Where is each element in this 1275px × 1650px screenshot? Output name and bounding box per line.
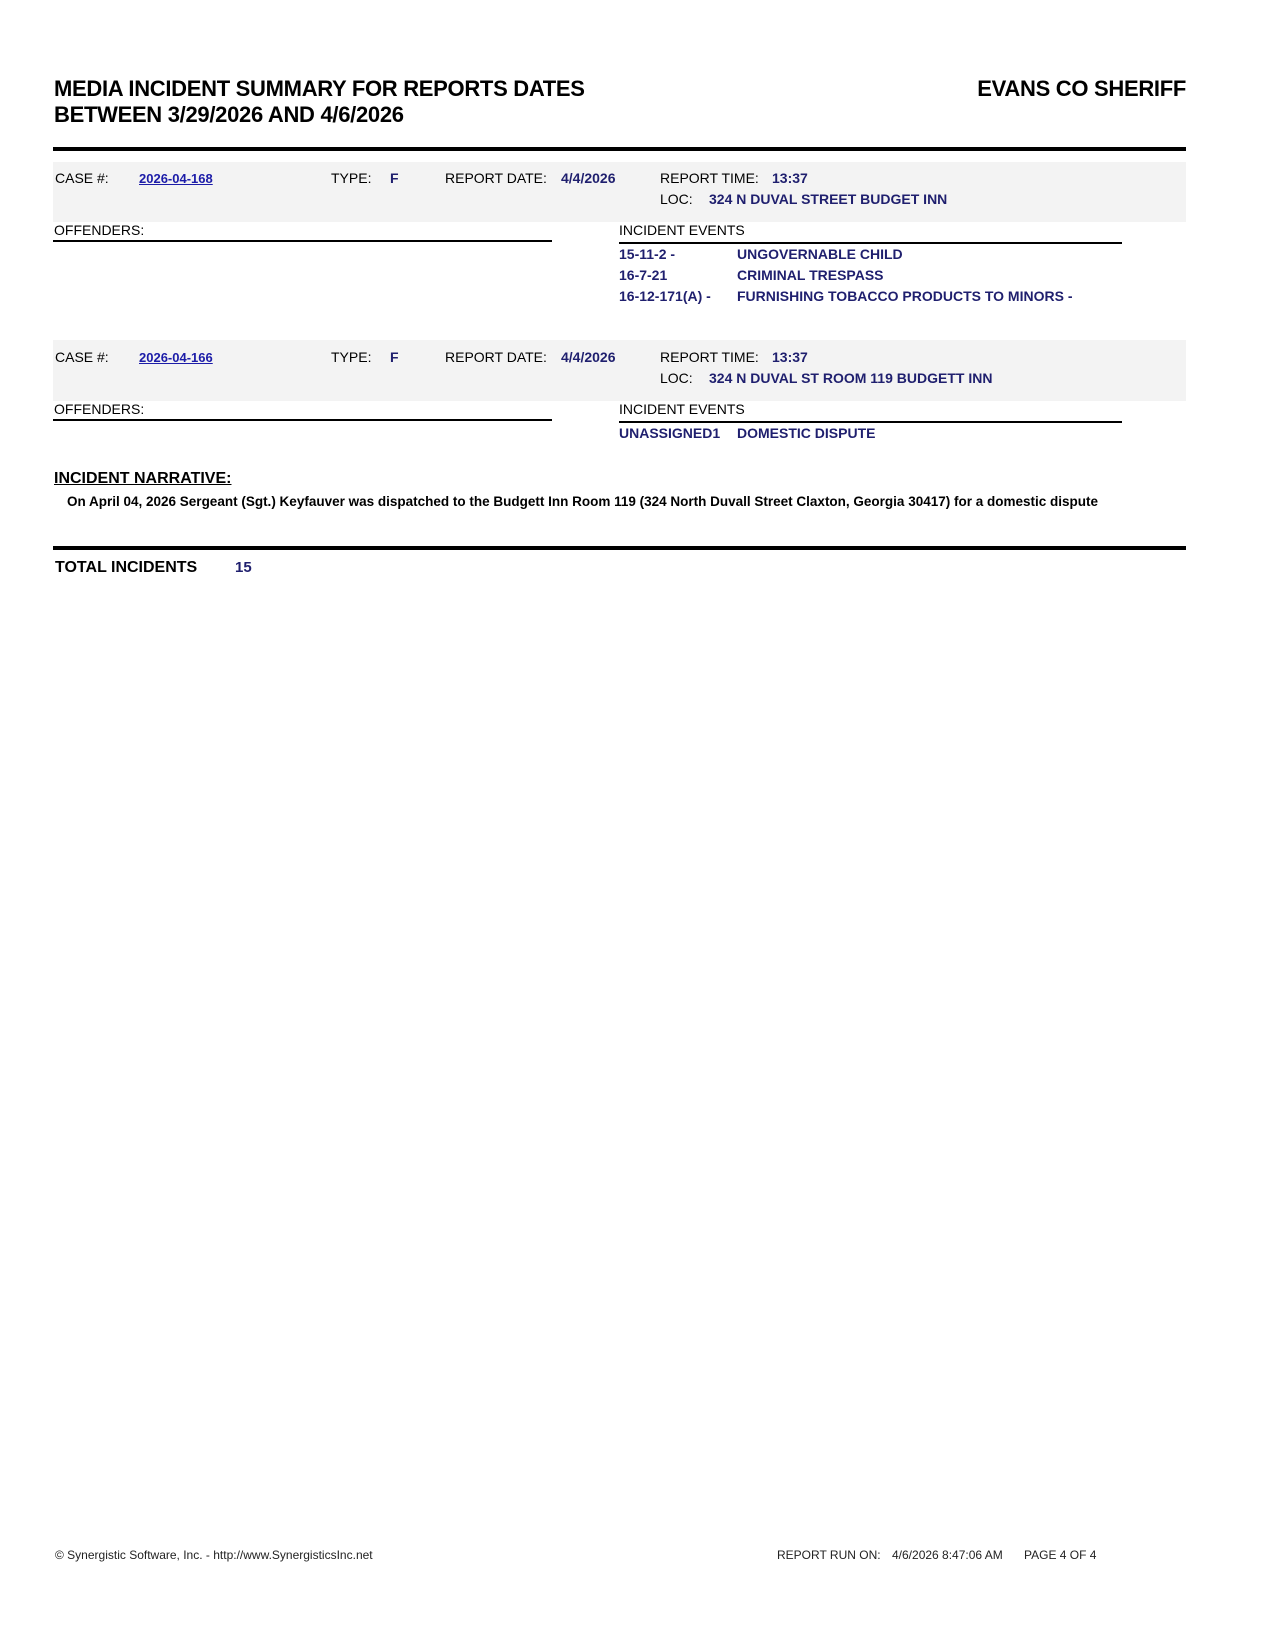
event-description: DOMESTIC DISPUTE bbox=[737, 425, 875, 441]
incident-events-underline bbox=[619, 242, 1122, 244]
report-date-label: REPORT DATE: bbox=[445, 170, 547, 186]
incident-events-label: INCIDENT EVENTS bbox=[619, 401, 745, 417]
event-description: FURNISHING TOBACCO PRODUCTS TO MINORS - bbox=[737, 288, 1073, 304]
total-incidents-label: TOTAL INCIDENTS bbox=[55, 559, 197, 577]
report-time-value: 13:37 bbox=[772, 349, 808, 365]
offenders-label: OFFENDERS: bbox=[54, 401, 144, 417]
report-title-line-1: MEDIA INCIDENT SUMMARY FOR REPORTS DATES bbox=[54, 76, 585, 102]
report-time-value: 13:37 bbox=[772, 170, 808, 186]
location-label: LOC: bbox=[660, 370, 693, 386]
agency-name: EVANS CO SHERIFF bbox=[977, 76, 1186, 102]
case-number-link[interactable]: 2026-04-168 bbox=[139, 171, 213, 186]
report-date-value: 4/4/2026 bbox=[561, 349, 616, 365]
report-time-label: REPORT TIME: bbox=[660, 349, 759, 365]
copyright-text: © Synergistic Software, Inc. - http://ww… bbox=[55, 1548, 373, 1562]
offenders-underline bbox=[53, 240, 552, 242]
offenders-underline bbox=[53, 419, 552, 421]
type-value: F bbox=[390, 349, 399, 365]
type-label: TYPE: bbox=[331, 349, 371, 365]
case-number-label: CASE #: bbox=[55, 170, 109, 186]
type-label: TYPE: bbox=[331, 170, 371, 186]
incident-narrative-text: On April 04, 2026 Sergeant (Sgt.) Keyfau… bbox=[55, 493, 1185, 510]
event-code: 15-11-2 - bbox=[619, 246, 675, 262]
location-label: LOC: bbox=[660, 191, 693, 207]
incident-narrative-heading: INCIDENT NARRATIVE: bbox=[54, 470, 231, 488]
case-header-band bbox=[53, 340, 1186, 401]
report-time-label: REPORT TIME: bbox=[660, 170, 759, 186]
case-number-label: CASE #: bbox=[55, 349, 109, 365]
event-code: 16-7-21 bbox=[619, 267, 667, 283]
case-number-link[interactable]: 2026-04-166 bbox=[139, 350, 213, 365]
total-incidents-value: 15 bbox=[235, 559, 252, 576]
event-code: UNASSIGNED1 bbox=[619, 425, 720, 441]
incident-events-label: INCIDENT EVENTS bbox=[619, 222, 745, 238]
type-value: F bbox=[390, 170, 399, 186]
report-date-label: REPORT DATE: bbox=[445, 349, 547, 365]
header-divider bbox=[53, 147, 1186, 151]
offenders-label: OFFENDERS: bbox=[54, 222, 144, 238]
event-description: UNGOVERNABLE CHILD bbox=[737, 246, 903, 262]
event-description: CRIMINAL TRESPASS bbox=[737, 267, 884, 283]
report-date-value: 4/4/2026 bbox=[561, 170, 616, 186]
location-value: 324 N DUVAL ST ROOM 119 BUDGETT INN bbox=[709, 370, 992, 386]
report-run-value: 4/6/2026 8:47:06 AM bbox=[892, 1548, 1003, 1562]
summary-divider bbox=[53, 546, 1186, 550]
report-run-label: REPORT RUN ON: bbox=[777, 1548, 881, 1562]
page-number: PAGE 4 OF 4 bbox=[1024, 1548, 1096, 1562]
case-header-band bbox=[53, 162, 1186, 222]
report-title-line-2: BETWEEN 3/29/2026 AND 4/6/2026 bbox=[54, 102, 404, 128]
incident-events-underline bbox=[619, 421, 1122, 423]
event-code: 16-12-171(A) - bbox=[619, 288, 711, 304]
location-value: 324 N DUVAL STREET BUDGET INN bbox=[709, 191, 947, 207]
